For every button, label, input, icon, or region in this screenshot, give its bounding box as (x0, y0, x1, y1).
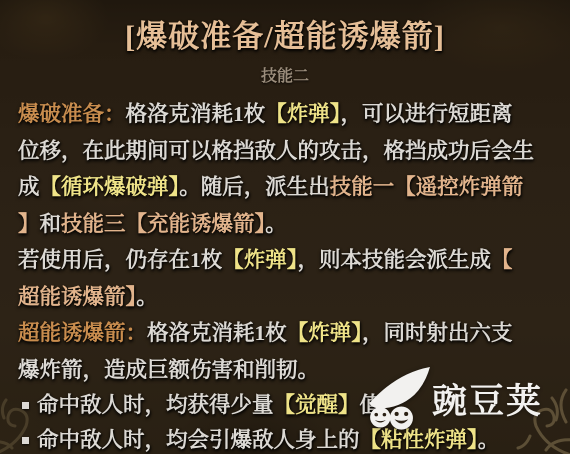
skill-paragraph: 若使用后，仍存在1枚【炸弹】，则本技能会派生成【 超能诱爆箭】。 (18, 242, 553, 315)
bullet-text: 命中敌人时，均会引爆敌人身上的【粘性炸弹】。 (37, 423, 499, 454)
text-segment-skill: 技能三【充能诱爆箭】 (61, 212, 265, 236)
text-segment-label: 爆破准备： (18, 102, 126, 126)
skill-bullet-item: 命中敌人时，均会引爆敌人身上的【粘性炸弹】。 (18, 423, 553, 454)
text-segment-text: 格洛克消耗1枚 (147, 321, 287, 345)
text-segment-text: 命中敌人时，均获得少量 (37, 393, 274, 417)
text-segment-text: ，则本技能会派生成 (298, 248, 492, 272)
text-segment-hl: 【循环爆破弹】 (40, 175, 180, 199)
text-segment-text: 值 (360, 393, 382, 417)
text-segment-hl: 【炸弹】 (265, 102, 340, 126)
text-segment-text: 命中敌人时，均会引爆敌人身上的 (37, 428, 360, 452)
skill-bullet-item: 命中敌人时，均获得少量【觉醒】值 (18, 388, 553, 423)
skill-paragraph: 超能诱爆箭：格洛克消耗1枚【炸弹】，同时射出六支 爆炸箭，造成巨额伤害和削韧。 (18, 315, 553, 388)
skill-description: 爆破准备：格洛克消耗1枚【炸弹】，可以进行短距离 位移，在此期间可以格挡敌人的攻… (18, 96, 553, 454)
skill-slot-label: 技能二 (0, 56, 570, 86)
text-segment-hl: 【觉醒】 (274, 393, 360, 417)
text-segment-text: 。随后，派生出 (179, 175, 330, 199)
text-segment-text: 。 (136, 285, 158, 309)
corner-flourish-left-icon (0, 388, 46, 454)
text-segment-hl: 【粘性炸弹】 (360, 428, 478, 452)
skill-title: [爆破准备/超能诱爆箭] (0, 0, 570, 56)
text-segment-text: 格洛克消耗1枚 (126, 102, 266, 126)
corner-flourish-right-icon (516, 388, 570, 454)
text-segment-hl: 【炸弹】 (222, 248, 297, 272)
skill-tooltip-panel: [爆破准备/超能诱爆箭] 技能二 爆破准备：格洛克消耗1枚【炸弹】，可以进行短距… (0, 0, 570, 454)
text-segment-hl: 【炸弹】 (287, 321, 362, 345)
bullet-text: 命中敌人时，均获得少量【觉醒】值 (37, 388, 381, 423)
text-segment-label: 超能诱爆箭： (18, 321, 147, 345)
text-segment-text: 和 (40, 212, 62, 236)
skill-paragraph: 爆破准备：格洛克消耗1枚【炸弹】，可以进行短距离 位移，在此期间可以格挡敌人的攻… (18, 96, 553, 242)
text-segment-text: 若使用后，仍存在1枚 (18, 248, 222, 272)
text-segment-text: 。 (478, 428, 500, 452)
text-segment-text: 。 (265, 212, 287, 236)
